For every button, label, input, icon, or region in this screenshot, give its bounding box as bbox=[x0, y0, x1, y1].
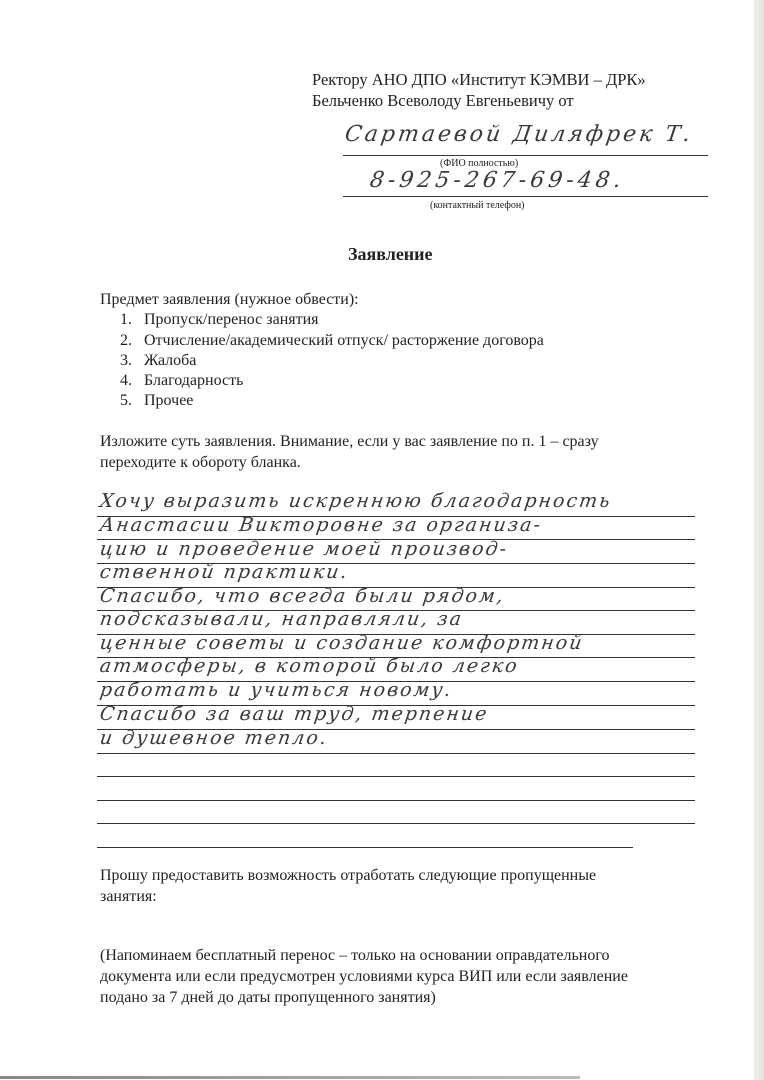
ruled-line-12 bbox=[97, 776, 695, 777]
instructions-line-2: переходите к обороту бланка. bbox=[100, 453, 301, 473]
instructions-line-1: Изложите суть заявления. Внимание, если … bbox=[100, 432, 599, 452]
statement-line-11: и душевное тепло. bbox=[98, 727, 329, 749]
statement-line-7: ценные советы и создание комфортной bbox=[98, 632, 585, 654]
addressee-line-1: Ректору АНО ДПО «Институт КЭМВИ – ДРК» bbox=[312, 70, 646, 90]
applicant-phone-handwritten: 8-925-267-69-48. bbox=[368, 168, 626, 193]
subject-option-2[interactable]: 2.Отчисление/академический отпуск/ расто… bbox=[120, 331, 544, 351]
statement-line-4: ственной практики. bbox=[98, 561, 350, 583]
makeup-request-line-2: занятия: bbox=[100, 887, 157, 907]
ruled-line-13 bbox=[97, 800, 695, 801]
note-line-2: документа или если предусмотрен условиям… bbox=[100, 967, 628, 987]
subject-option-1[interactable]: 1.Пропуск/перенос занятия bbox=[120, 310, 319, 330]
statement-line-2: Анастасии Викторовне за организа- bbox=[98, 514, 543, 536]
phone-caption: (контактный телефон) bbox=[430, 200, 525, 211]
page-edge-bottom bbox=[0, 1076, 580, 1079]
subject-option-3[interactable]: 3.Жалоба bbox=[120, 351, 196, 371]
statement-line-6: подсказывали, направляли, за bbox=[98, 608, 464, 630]
subject-prompt: Предмет заявления (нужное обвести): bbox=[100, 290, 359, 310]
addressee-line-2: Бельченко Всеволоду Евгеньевичу от bbox=[312, 91, 574, 111]
statement-line-3: цию и проведение моей производ- bbox=[98, 538, 509, 560]
ruled-line-15 bbox=[97, 847, 633, 848]
statement-line-8: атмосферы, в которой было легко bbox=[98, 655, 520, 677]
subject-option-4[interactable]: 4.Благодарность bbox=[120, 371, 243, 391]
statement-line-10: Спасибо за ваш труд, терпение bbox=[98, 703, 490, 725]
phone-underline bbox=[343, 196, 708, 197]
page-edge-right bbox=[754, 0, 764, 1080]
ruled-line-14 bbox=[97, 823, 695, 824]
note-line-3: подано за 7 дней до даты пропущенного за… bbox=[100, 988, 436, 1008]
applicant-name-handwritten: Сартаевой Диляфрек Т. bbox=[343, 122, 695, 147]
note-line-1: (Напоминаем бесплатный перенос – только … bbox=[100, 946, 610, 966]
statement-line-5: Спасибо, что всегда были рядом, bbox=[98, 585, 506, 607]
name-underline bbox=[343, 155, 708, 156]
statement-line-9: работать и учиться новому. bbox=[98, 679, 454, 701]
document-title: Заявление bbox=[348, 244, 433, 264]
subject-option-5[interactable]: 5.Прочее bbox=[120, 391, 193, 411]
statement-line-1: Хочу выразить искреннюю благодарность bbox=[98, 490, 613, 512]
ruled-line-11 bbox=[97, 753, 695, 754]
makeup-request-line-1: Прошу предоставить возможность отработат… bbox=[100, 866, 596, 886]
